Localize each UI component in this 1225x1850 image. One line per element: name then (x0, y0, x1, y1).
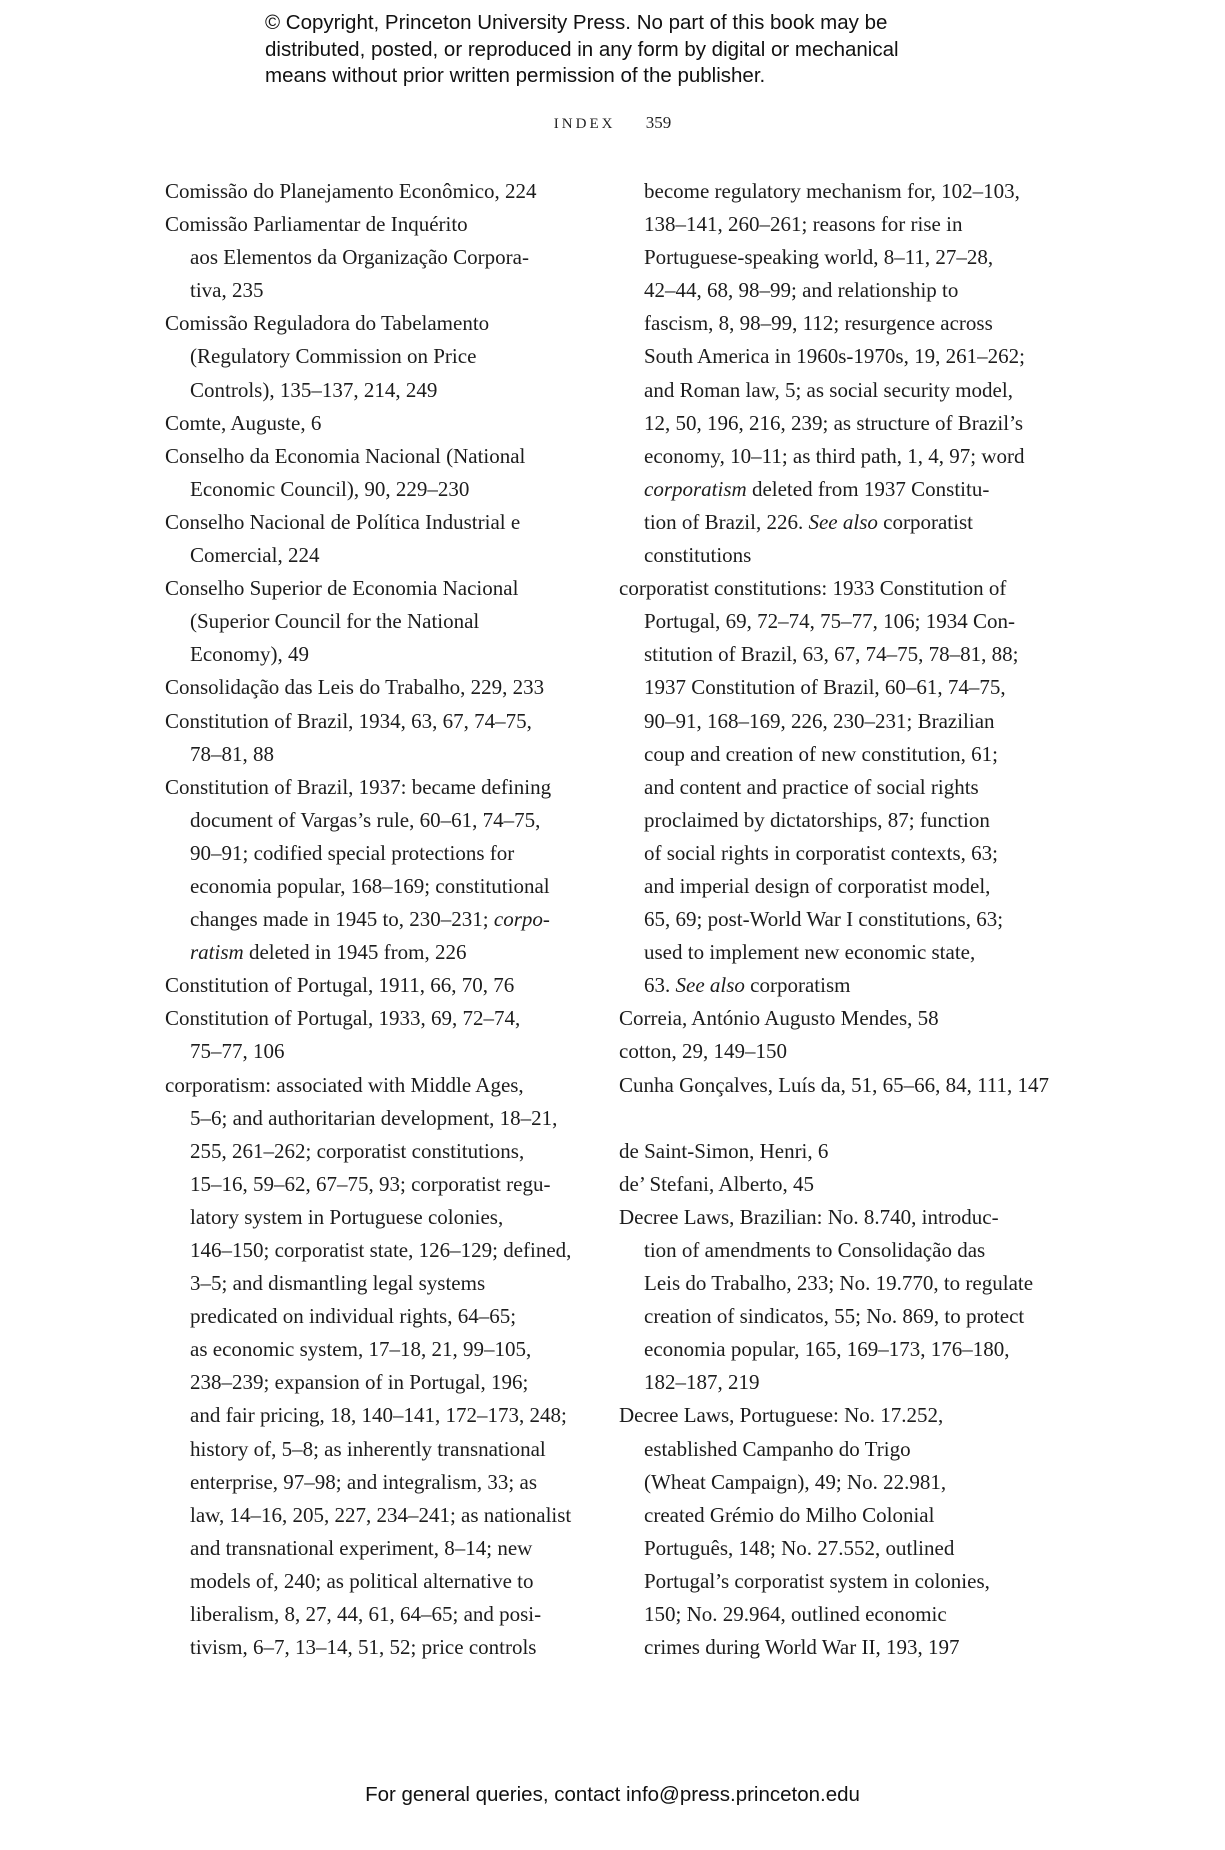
entry-text: tiva, 235 (190, 278, 264, 302)
entry-text: South America in 1960s-1970s, 19, 261–26… (644, 344, 1025, 368)
index-subline: (Superior Council for the National (165, 605, 585, 638)
index-subline: latory system in Portuguese colonies, (165, 1201, 585, 1234)
index-entry: Comissão Parliamentar de Inquérito (165, 208, 585, 241)
entry-text: Cunha Gonçalves, Luís da, 51, 65–66, 84,… (619, 1073, 1049, 1097)
entry-text: liberalism, 8, 27, 44, 61, 64–65; and po… (190, 1602, 541, 1626)
page-number: 359 (646, 113, 672, 132)
index-subline: (Wheat Campaign), 49; No. 22.981, (619, 1466, 1039, 1499)
index-entry: Comissão Reguladora do Tabelamento (165, 307, 585, 340)
index-subline: constitutions (619, 539, 1039, 572)
entry-text: Portuguese-speaking world, 8–11, 27–28, (644, 245, 993, 269)
entry-text: 1937 Constitution of Brazil, 60–61, 74–7… (644, 675, 1006, 699)
index-subline: Portugal, 69, 72–74, 75–77, 106; 1934 Co… (619, 605, 1039, 638)
copyright-line: © Copyright, Princeton University Press.… (265, 10, 1025, 37)
entry-text: and content and practice of social right… (644, 775, 979, 799)
index-entry: cotton, 29, 149–150 (619, 1035, 1039, 1068)
index-subline: Economy), 49 (165, 638, 585, 671)
entry-text: enterprise, 97–98; and integralism, 33; … (190, 1470, 537, 1494)
index-entry: Comte, Auguste, 6 (165, 407, 585, 440)
index-subline: liberalism, 8, 27, 44, 61, 64–65; and po… (165, 1598, 585, 1631)
entry-text: Português, 148; No. 27.552, outlined (644, 1536, 954, 1560)
index-entry: Constitution of Brazil, 1934, 63, 67, 74… (165, 705, 585, 738)
entry-text: Comissão do Planejamento Econômico, 224 (165, 179, 537, 203)
index-entry: Conselho Superior de Economia Nacional (165, 572, 585, 605)
index-subline: 150; No. 29.964, outlined economic (619, 1598, 1039, 1631)
entry-text: de’ Stefani, Alberto, 45 (619, 1172, 814, 1196)
entry-text: document of Vargas’s rule, 60–61, 74–75, (190, 808, 540, 832)
entry-text: Constitution of Portugal, 1933, 69, 72–7… (165, 1006, 520, 1030)
index-subline: and Roman law, 5; as social security mod… (619, 374, 1039, 407)
entry-text: as economic system, 17–18, 21, 99–105, (190, 1337, 531, 1361)
entry-text: (Regulatory Commission on Price (190, 344, 476, 368)
index-entry: de Saint-Simon, Henri, 6 (619, 1135, 1039, 1168)
index-subline: created Grémio do Milho Colonial (619, 1499, 1039, 1532)
entry-text: Correia, António Augusto Mendes, 58 (619, 1006, 939, 1030)
index-entry: Constitution of Brazil, 1937: became def… (165, 771, 585, 804)
copyright-line: means without prior written permission o… (265, 63, 1025, 90)
entry-text: (Wheat Campaign), 49; No. 22.981, (644, 1470, 946, 1494)
entry-text: coup and creation of new constitution, 6… (644, 742, 998, 766)
entry-text: tion of Brazil, 226. (644, 510, 808, 534)
index-entry: corporatism: associated with Middle Ages… (165, 1069, 585, 1102)
entry-text: 42–44, 68, 98–99; and relationship to (644, 278, 958, 302)
entry-text: 150; No. 29.964, outlined economic (644, 1602, 947, 1626)
running-head-label: INDEX (554, 116, 616, 132)
entry-text: models of, 240; as political alternative… (190, 1569, 534, 1593)
entry-text: 90–91; codified special protections for (190, 841, 514, 865)
index-subline: tivism, 6–7, 13–14, 51, 52; price contro… (165, 1631, 585, 1664)
entry-text: Controls), 135–137, 214, 249 (190, 378, 437, 402)
index-subline: enterprise, 97–98; and integralism, 33; … (165, 1466, 585, 1499)
entry-text: Comte, Auguste, 6 (165, 411, 321, 435)
italic-term: corpo- (494, 907, 550, 931)
index-entry: Constitution of Portugal, 1911, 66, 70, … (165, 969, 585, 1002)
italic-term: ratism (190, 940, 244, 964)
entry-text: Economic Council), 90, 229–230 (190, 477, 469, 501)
index-subline: crimes during World War II, 193, 197 (619, 1631, 1039, 1664)
entry-text: 5–6; and authoritarian development, 18–2… (190, 1106, 557, 1130)
entry-text: Comissão Reguladora do Tabelamento (165, 311, 489, 335)
index-subline: used to implement new economic state, (619, 936, 1039, 969)
footer-contact: For general queries, contact info@press.… (0, 1783, 1225, 1807)
italic-term: See also (808, 510, 877, 534)
index-subline: fascism, 8, 98–99, 112; resurgence acros… (619, 307, 1039, 340)
entry-text: tivism, 6–7, 13–14, 51, 52; price contro… (190, 1635, 536, 1659)
index-subline: predicated on individual rights, 64–65; (165, 1300, 585, 1333)
entry-text: Decree Laws, Brazilian: No. 8.740, intro… (619, 1205, 999, 1229)
entry-text: economy, 10–11; as third path, 1, 4, 97;… (644, 444, 1024, 468)
index-subline: 238–239; expansion of in Portugal, 196; (165, 1366, 585, 1399)
index-subline: tion of amendments to Consolidação das (619, 1234, 1039, 1267)
index-entry: Conselho Nacional de Política Industrial… (165, 506, 585, 539)
entry-text: used to implement new economic state, (644, 940, 975, 964)
entry-text: corporatism: associated with Middle Ages… (165, 1073, 524, 1097)
index-entry: Consolidação das Leis do Trabalho, 229, … (165, 671, 585, 704)
entry-text: 12, 50, 196, 216, 239; as structure of B… (644, 411, 1023, 435)
entry-text: 63. (644, 973, 676, 997)
entry-text: 138–141, 260–261; reasons for rise in (644, 212, 962, 236)
index-subline: 182–187, 219 (619, 1366, 1039, 1399)
entry-text: latory system in Portuguese colonies, (190, 1205, 503, 1229)
index-subline: Português, 148; No. 27.552, outlined (619, 1532, 1039, 1565)
index-subline: tion of Brazil, 226. See also corporatis… (619, 506, 1039, 539)
entry-text: 182–187, 219 (644, 1370, 760, 1394)
entry-text: aos Elementos da Organização Corpora- (190, 245, 529, 269)
entry-text: become regulatory mechanism for, 102–103… (644, 179, 1020, 203)
index-subline: economia popular, 165, 169–173, 176–180, (619, 1333, 1039, 1366)
index-subline: and transnational experiment, 8–14; new (165, 1532, 585, 1565)
index-subline: Controls), 135–137, 214, 249 (165, 374, 585, 407)
entry-text: 90–91, 168–169, 226, 230–231; Brazilian (644, 709, 995, 733)
index-entry: Cunha Gonçalves, Luís da, 51, 65–66, 84,… (619, 1069, 1039, 1102)
index-subline: law, 14–16, 205, 227, 234–241; as nation… (165, 1499, 585, 1532)
index-subline: 255, 261–262; corporatist constitutions, (165, 1135, 585, 1168)
entry-text: and imperial design of corporatist model… (644, 874, 990, 898)
index-subline: 5–6; and authoritarian development, 18–2… (165, 1102, 585, 1135)
index-entry: Decree Laws, Brazilian: No. 8.740, intro… (619, 1201, 1039, 1234)
entry-text: Constitution of Brazil, 1934, 63, 67, 74… (165, 709, 532, 733)
entry-text: corporatism (745, 973, 851, 997)
entry-text: 75–77, 106 (190, 1039, 285, 1063)
entry-text: established Campanho do Trigo (644, 1437, 911, 1461)
index-subline: Portuguese-speaking world, 8–11, 27–28, (619, 241, 1039, 274)
copyright-notice: © Copyright, Princeton University Press.… (265, 10, 1025, 90)
entry-text: (Superior Council for the National (190, 609, 479, 633)
index-subline: and imperial design of corporatist model… (619, 870, 1039, 903)
entry-text: and fair pricing, 18, 140–141, 172–173, … (190, 1403, 567, 1427)
index-subline: proclaimed by dictatorships, 87; functio… (619, 804, 1039, 837)
index-subline: (Regulatory Commission on Price (165, 340, 585, 373)
entry-text: law, 14–16, 205, 227, 234–241; as nation… (190, 1503, 571, 1527)
entry-text: cotton, 29, 149–150 (619, 1039, 787, 1063)
index-entry: Constitution of Portugal, 1933, 69, 72–7… (165, 1002, 585, 1035)
index-subline: become regulatory mechanism for, 102–103… (619, 175, 1039, 208)
entry-text: 238–239; expansion of in Portugal, 196; (190, 1370, 528, 1394)
running-head: INDEX 359 (0, 113, 1225, 133)
index-subline: creation of sindicatos, 55; No. 869, to … (619, 1300, 1039, 1333)
index-column-left: Comissão do Planejamento Econômico, 224C… (165, 175, 585, 1664)
entry-text: Portugal, 69, 72–74, 75–77, 106; 1934 Co… (644, 609, 1015, 633)
entry-text: predicated on individual rights, 64–65; (190, 1304, 516, 1328)
entry-text: fascism, 8, 98–99, 112; resurgence acros… (644, 311, 993, 335)
entry-text: economia popular, 168–169; constitutiona… (190, 874, 550, 898)
entry-text: 65, 69; post-World War I constitutions, … (644, 907, 1003, 931)
index-subline: 65, 69; post-World War I constitutions, … (619, 903, 1039, 936)
index-subline: and content and practice of social right… (619, 771, 1039, 804)
index-entry: Comissão do Planejamento Econômico, 224 (165, 175, 585, 208)
index-column-right: become regulatory mechanism for, 102–103… (619, 175, 1039, 1664)
index-subline: history of, 5–8; as inherently transnati… (165, 1433, 585, 1466)
entry-text: Comissão Parliamentar de Inquérito (165, 212, 468, 236)
entry-text: created Grémio do Milho Colonial (644, 1503, 934, 1527)
index-subline: coup and creation of new constitution, 6… (619, 738, 1039, 771)
index-entry: Correia, António Augusto Mendes, 58 (619, 1002, 1039, 1035)
entry-text: tion of amendments to Consolidação das (644, 1238, 985, 1262)
index-subline: Leis do Trabalho, 233; No. 19.770, to re… (619, 1267, 1039, 1300)
entry-text: 146–150; corporatist state, 126–129; def… (190, 1238, 571, 1262)
entry-text: stitution of Brazil, 63, 67, 74–75, 78–8… (644, 642, 1018, 666)
entry-text: 255, 261–262; corporatist constitutions, (190, 1139, 524, 1163)
index-subline: Economic Council), 90, 229–230 (165, 473, 585, 506)
index-subline: 42–44, 68, 98–99; and relationship to (619, 274, 1039, 307)
index-subline: 90–91; codified special protections for (165, 837, 585, 870)
entry-text: Conselho da Economia Nacional (National (165, 444, 525, 468)
entry-text: de Saint-Simon, Henri, 6 (619, 1139, 828, 1163)
index-entry: Conselho da Economia Nacional (National (165, 440, 585, 473)
entry-text: Portugal’s corporatist system in colonie… (644, 1569, 990, 1593)
entry-text: history of, 5–8; as inherently transnati… (190, 1437, 546, 1461)
entry-text: Conselho Nacional de Política Industrial… (165, 510, 520, 534)
entry-text: crimes during World War II, 193, 197 (644, 1635, 959, 1659)
entry-text: corporatist (878, 510, 973, 534)
index-subline: South America in 1960s-1970s, 19, 261–26… (619, 340, 1039, 373)
index-subline: Comercial, 224 (165, 539, 585, 572)
entry-text: Constitution of Brazil, 1937: became def… (165, 775, 551, 799)
entry-text: 15–16, 59–62, 67–75, 93; corporatist reg… (190, 1172, 550, 1196)
copyright-line: distributed, posted, or reproduced in an… (265, 37, 1025, 64)
index-subline: 1937 Constitution of Brazil, 60–61, 74–7… (619, 671, 1039, 704)
entry-text: corporatist constitutions: 1933 Constitu… (619, 576, 1006, 600)
index-subline: 15–16, 59–62, 67–75, 93; corporatist reg… (165, 1168, 585, 1201)
index-subline: economia popular, 168–169; constitutiona… (165, 870, 585, 903)
index-subline: ratism deleted in 1945 from, 226 (165, 936, 585, 969)
section-gap (619, 1102, 1039, 1135)
index-subline: 75–77, 106 (165, 1035, 585, 1068)
index-subline: aos Elementos da Organização Corpora- (165, 241, 585, 274)
index-entry: corporatist constitutions: 1933 Constitu… (619, 572, 1039, 605)
entry-text: economia popular, 165, 169–173, 176–180, (644, 1337, 1009, 1361)
index-subline: changes made in 1945 to, 230–231; corpo- (165, 903, 585, 936)
index-entry: de’ Stefani, Alberto, 45 (619, 1168, 1039, 1201)
entry-text: Economy), 49 (190, 642, 309, 666)
index-subline: 138–141, 260–261; reasons for rise in (619, 208, 1039, 241)
entry-text: constitutions (644, 543, 751, 567)
entry-text: Consolidação das Leis do Trabalho, 229, … (165, 675, 544, 699)
index-subline: 78–81, 88 (165, 738, 585, 771)
entry-text: of social rights in corporatist contexts… (644, 841, 998, 865)
index-subline: document of Vargas’s rule, 60–61, 74–75, (165, 804, 585, 837)
index-subline: models of, 240; as political alternative… (165, 1565, 585, 1598)
entry-text: deleted in 1945 from, 226 (244, 940, 467, 964)
index-subline: corporatism deleted from 1937 Constitu- (619, 473, 1039, 506)
index-subline: economy, 10–11; as third path, 1, 4, 97;… (619, 440, 1039, 473)
entry-text: Decree Laws, Portuguese: No. 17.252, (619, 1403, 943, 1427)
entry-text: Conselho Superior de Economia Nacional (165, 576, 518, 600)
index-subline: of social rights in corporatist contexts… (619, 837, 1039, 870)
entry-text: proclaimed by dictatorships, 87; functio… (644, 808, 990, 832)
index-subline: 90–91, 168–169, 226, 230–231; Brazilian (619, 705, 1039, 738)
index-subline: Portugal’s corporatist system in colonie… (619, 1565, 1039, 1598)
index-subline: 12, 50, 196, 216, 239; as structure of B… (619, 407, 1039, 440)
index-subline: established Campanho do Trigo (619, 1433, 1039, 1466)
entry-text: deleted from 1937 Constitu- (747, 477, 990, 501)
entry-text: 78–81, 88 (190, 742, 274, 766)
entry-text: changes made in 1945 to, 230–231; (190, 907, 494, 931)
entry-text: creation of sindicatos, 55; No. 869, to … (644, 1304, 1024, 1328)
index-subline: 63. See also corporatism (619, 969, 1039, 1002)
index-subline: 146–150; corporatist state, 126–129; def… (165, 1234, 585, 1267)
italic-term: corporatism (644, 477, 747, 501)
entry-text: Comercial, 224 (190, 543, 319, 567)
index-subline: tiva, 235 (165, 274, 585, 307)
index-entry: Decree Laws, Portuguese: No. 17.252, (619, 1399, 1039, 1432)
index-subline: stitution of Brazil, 63, 67, 74–75, 78–8… (619, 638, 1039, 671)
index-subline: and fair pricing, 18, 140–141, 172–173, … (165, 1399, 585, 1432)
entry-text: Leis do Trabalho, 233; No. 19.770, to re… (644, 1271, 1033, 1295)
entry-text: and Roman law, 5; as social security mod… (644, 378, 1013, 402)
italic-term: See also (676, 973, 745, 997)
index-subline: 3–5; and dismantling legal systems (165, 1267, 585, 1300)
entry-text: Constitution of Portugal, 1911, 66, 70, … (165, 973, 514, 997)
entry-text: and transnational experiment, 8–14; new (190, 1536, 532, 1560)
index-subline: as economic system, 17–18, 21, 99–105, (165, 1333, 585, 1366)
entry-text: 3–5; and dismantling legal systems (190, 1271, 485, 1295)
